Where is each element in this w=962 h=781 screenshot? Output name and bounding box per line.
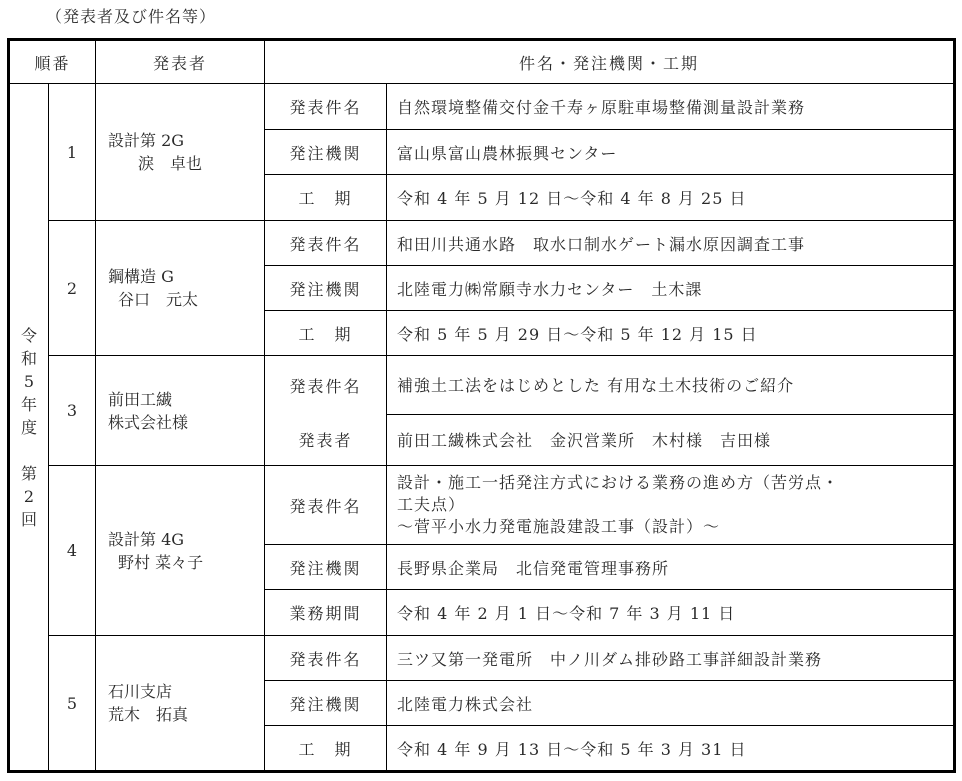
row-label: 発表件名 [265,221,387,266]
presenter-name: 野村 菜々子 [108,551,264,574]
row-value: 令和 4 年 2 月 1 日～令和 7 年 3 月 11 日 [387,590,955,636]
row-value: 長野県企業局 北信発電管理事務所 [387,545,955,590]
row-label: 発表件名 [265,374,386,397]
row-label: 発注機関 [265,130,387,175]
row-value: 設計・施工一括発注方式における業務の進め方（苦労点・ 工夫点） ～菅平小水力発電… [387,466,955,545]
row-label-merged: 発表件名 発表者 [265,356,387,466]
table-row: 5 石川支店 荒木 拓真 発表件名 三ツ又第一発電所 中ノ川ダム排砂路工事詳細設… [9,636,955,681]
row-value: 北陸電力㈱常願寺水力センター 土木課 [387,266,955,311]
row-value: 自然環境整備交付金千寿ヶ原駐車場整備測量設計業務 [387,84,955,130]
session-number: 第2回 [20,462,38,531]
session-era: 令和5年度 [20,324,38,439]
table-row: 2 鋼構造 G 谷口 元太 発表件名 和田川共通水路 取水口制水ゲート漏水原因調… [9,221,955,266]
row-label: 工 期 [265,726,387,772]
entry-number: 1 [49,84,96,221]
presenter-group: 設計第 4G [108,528,264,551]
row-label: 発注機関 [265,681,387,726]
presenter-name: 淚 卓也 [108,152,264,175]
table-row: 4 設計第 4G 野村 菜々子 発表件名 設計・施工一括発注方式における業務の進… [9,466,955,545]
header-order: 順番 [9,40,96,84]
row-value: 和田川共通水路 取水口制水ゲート漏水原因調査工事 [387,221,955,266]
row-value: 令和 5 年 5 月 29 日～令和 5 年 12 月 15 日 [387,311,955,356]
row-value: 補強土工法をはじめとした 有用な土木技術のご紹介 [387,356,955,415]
row-value-line: 工夫点） [397,494,953,516]
presentation-table-container: 順番 発表者 件名・発注機関・工期 令和5年度 第2回 1 設計第 2G 淚 卓… [7,38,956,775]
header-details: 件名・発注機関・工期 [265,40,955,84]
presenter-group: 鋼構造 G [108,265,264,288]
presenter-cell: 設計第 2G 淚 卓也 [96,84,265,221]
presenter-group: 石川支店 [108,680,264,703]
row-label: 発表件名 [265,84,387,130]
presenter-name: 谷口 元太 [108,288,264,311]
entry-number: 5 [49,636,96,772]
row-label: 業務期間 [265,590,387,636]
row-value: 令和 4 年 5 月 12 日～令和 4 年 8 月 25 日 [387,175,955,221]
presenter-cell: 鋼構造 G 谷口 元太 [96,221,265,356]
entry-number: 3 [49,356,96,466]
row-label: 発表件名 [265,466,387,545]
presenter-cell: 設計第 4G 野村 菜々子 [96,466,265,636]
table-caption: （発表者及び件名等） [46,4,216,27]
row-label: 発注機関 [265,266,387,311]
row-value-line: ～菅平小水力発電施設建設工事（設計）～ [397,516,953,538]
row-label: 工 期 [265,175,387,221]
row-label: 発表者 [265,428,386,451]
row-value: 富山県富山農林振興センター [387,130,955,175]
row-label: 発注機関 [265,545,387,590]
presenter-cell: 石川支店 荒木 拓真 [96,636,265,772]
row-value: 令和 4 年 9 月 13 日～令和 5 年 3 月 31 日 [387,726,955,772]
row-value: 北陸電力株式会社 [387,681,955,726]
session-cell: 令和5年度 第2回 [9,84,49,772]
table-row: 令和5年度 第2回 1 設計第 2G 淚 卓也 発表件名 自然環境整備交付金千寿… [9,84,955,130]
entry-number: 4 [49,466,96,636]
row-label: 工 期 [265,311,387,356]
presenter-company: 前田工繊 [108,388,264,411]
presenter-name: 荒木 拓真 [108,703,264,726]
presenter-company-suffix: 株式会社様 [108,411,264,434]
entry-number: 2 [49,221,96,356]
presenter-group: 設計第 2G [108,129,264,152]
header-row: 順番 発表者 件名・発注機関・工期 [9,40,955,84]
row-value: 前田工繊株式会社 金沢営業所 木村様 吉田様 [387,414,955,465]
table-row: 3 前田工繊 株式会社様 発表件名 発表者 補強土工法をはじめとした 有用な土木… [9,356,955,415]
presentation-table: 順番 発表者 件名・発注機関・工期 令和5年度 第2回 1 設計第 2G 淚 卓… [7,38,956,773]
row-value: 三ツ又第一発電所 中ノ川ダム排砂路工事詳細設計業務 [387,636,955,681]
row-value-line: 設計・施工一括発注方式における業務の進め方（苦労点・ [397,472,953,494]
presenter-cell: 前田工繊 株式会社様 [96,356,265,466]
row-label: 発表件名 [265,636,387,681]
header-presenter: 発表者 [96,40,265,84]
